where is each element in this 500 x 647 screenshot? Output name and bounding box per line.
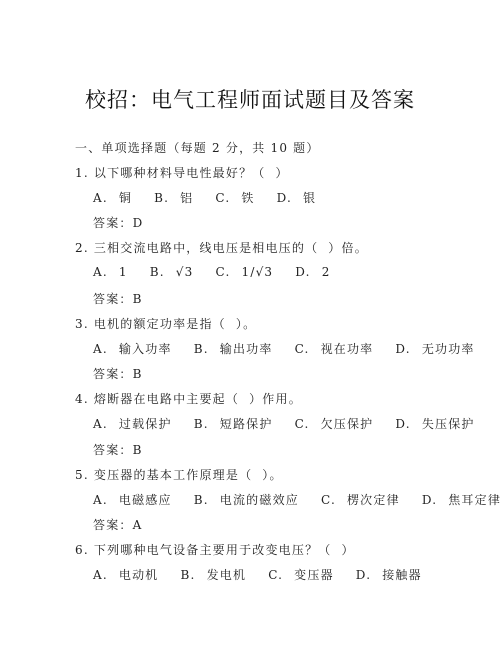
- question-6-options: A. 电动机 B. 发电机 C. 变压器 D. 接触器: [93, 566, 422, 583]
- document-page: 校招：电气工程师面试题目及答案 一、单项选择题（每题 2 分，共 10 题） 1…: [0, 0, 500, 647]
- question-1: 1. 以下哪种材料导电性最好？（ ）: [75, 164, 289, 181]
- question-1-answer: 答案：D: [93, 214, 143, 231]
- section-heading: 一、单项选择题（每题 2 分，共 10 题）: [75, 139, 320, 156]
- question-4-options: A. 过载保护 B. 短路保护 C. 欠压保护 D. 失压保护: [93, 415, 475, 432]
- question-4-answer: 答案：B: [93, 441, 143, 458]
- question-4: 4. 熔断器在电路中主要起（ ）作用。: [75, 390, 302, 407]
- document-title: 校招：电气工程师面试题目及答案: [0, 84, 500, 114]
- question-5-answer: 答案：A: [93, 516, 142, 533]
- question-3: 3. 电机的额定功率是指（ ）。: [75, 315, 256, 332]
- question-2: 2. 三相交流电路中，线电压是相电压的（ ）倍。: [75, 239, 368, 256]
- question-5: 5. 变压器的基本工作原理是（ ）。: [75, 466, 283, 483]
- question-2-options: A. 1 B. √3 C. 1/√3 D. 2: [93, 265, 331, 279]
- question-2-answer: 答案：B: [93, 290, 143, 307]
- question-3-options: A. 输入功率 B. 输出功率 C. 视在功率 D. 无功功率: [93, 340, 475, 357]
- question-5-options: A. 电磁感应 B. 电流的磁效应 C. 楞次定律 D. 焦耳定律: [93, 491, 500, 508]
- question-6: 6. 下列哪种电气设备主要用于改变电压？（ ）: [75, 541, 355, 558]
- question-3-answer: 答案：B: [93, 365, 143, 382]
- question-1-options: A. 铜 B. 铝 C. 铁 D. 银: [93, 189, 316, 206]
